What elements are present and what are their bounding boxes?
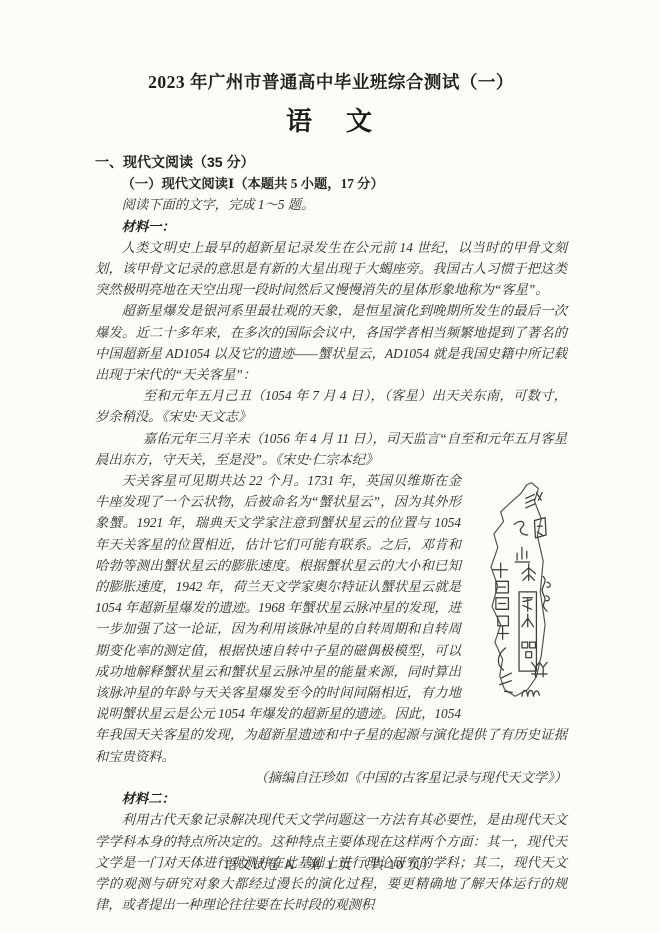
page-content: 2023 年广州市普通高中毕业班综合测试（一） 语 文 一、现代文阅读（35 分… xyxy=(0,0,660,915)
material-one-paragraph-3: 天关客星可见期共达 22 个月。1731 年，英国贝维斯在金牛座发现了一个云状物… xyxy=(95,470,567,767)
material-two-label: 材料二： xyxy=(95,788,567,809)
page-footer: 语文试卷 A 第 1 页 （共 10 页） xyxy=(0,854,660,873)
subsection-heading: （一）现代文阅读Ⅰ（本题共 5 小题，17 分） xyxy=(95,173,567,194)
subject-title: 语 文 xyxy=(95,104,567,138)
quote-songshi-renzong-benji: 嘉佑元年三月辛未（1056 年 4 月 11 日），司天监言“自至和元年五月客星… xyxy=(95,428,567,470)
material-one-paragraph-2: 超新星爆发是银河系里最壮观的天象，是恒星演化到晚期所发生的最后一次爆发。近二十多… xyxy=(95,300,567,385)
oracle-bone-inscription-drawing xyxy=(473,478,567,702)
material-one-label: 材料一： xyxy=(95,216,567,237)
quote-songshi-tianwenzhi: 至和元年五月己丑（1054 年 7 月 4 日），（客星）出天关东南，可数寸，岁… xyxy=(95,385,567,427)
reading-instruction: 阅读下面的文字，完成 1～5 题。 xyxy=(95,194,567,215)
page-title: 2023 年广州市普通高中毕业班综合测试（一） xyxy=(95,70,567,94)
section-heading: 一、现代文阅读（35 分） xyxy=(95,152,567,173)
material-one-paragraph-1: 人类文明史上最早的超新星记录发生在公元前 14 世纪，以当时的甲骨文刻划，该甲骨… xyxy=(95,237,567,301)
exam-page: 2023 年广州市普通高中毕业班综合测试（一） 语 文 一、现代文阅读（35 分… xyxy=(0,0,660,933)
oracle-bone-figure xyxy=(473,478,567,702)
attribution: （摘编自汪珍如《中国的古客星记录与现代天文学》） xyxy=(95,767,567,788)
